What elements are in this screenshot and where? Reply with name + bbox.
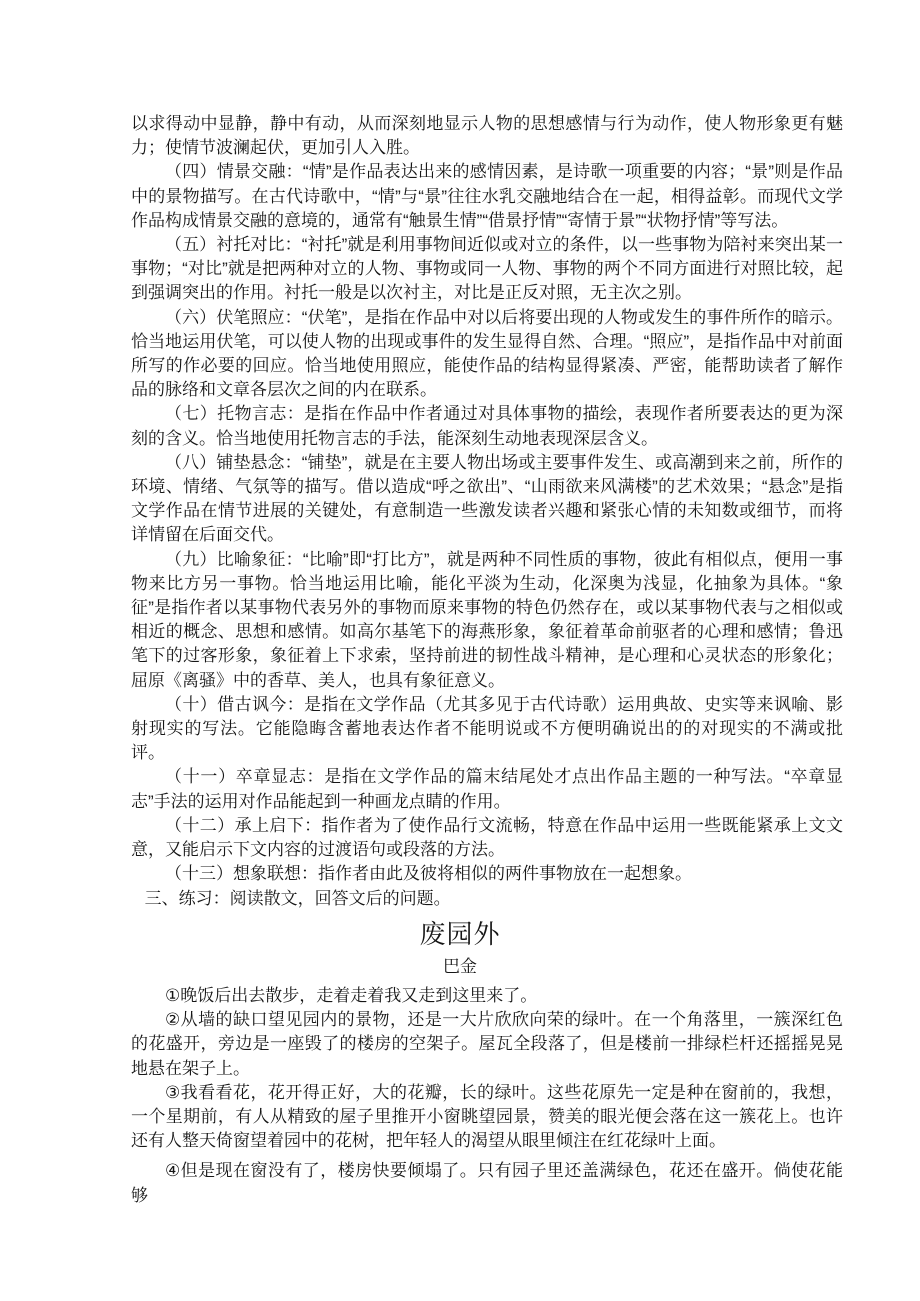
document-page: 以求得动中显静，静中有动，从而深刻地显示人物的思想感情与行为动作，使人物形象更有… xyxy=(0,0,920,1301)
technique-item-11-zuzhang-xianzhi: （十一）卒章显志：是指在文学作品的篇末结尾处才点出作品主题的一种写法。“卒章显志… xyxy=(131,765,843,813)
technique-item-7-tuowu-yanzhi: （七）托物言志：是指在作品中作者通过对具体事物的描绘，表现作者所要表达的更为深刻… xyxy=(131,402,843,450)
technique-item-4-qingjing-jiaorong: （四）情景交融：“情”是作品表达出来的感情因素，是诗歌一项重要的内容；“景”则是… xyxy=(131,160,843,233)
essay-paragraph-2: ②从墙的缺口望见园内的景物，还是一大片欣欣向荣的绿叶。在一个角落里，一簇深红色的… xyxy=(131,1008,843,1081)
technique-item-8-pudian-xuannian: （八）铺垫悬念：“铺垫”，就是在主要人物出场或主要事件发生、或高潮到来之前，所作… xyxy=(131,451,843,548)
technique-item-10-jiegu-fengjin: （十）借古讽今：是指在文学作品（尤其多见于古代诗歌）运用典故、史实等来讽喻、影射… xyxy=(131,693,843,766)
technique-item-6-fubi-zhaoying: （六）伏笔照应：“伏笔”，是指在作品中对以后将要出现的人物或发生的事件所作的暗示… xyxy=(131,306,843,403)
essay-author: 巴金 xyxy=(0,955,920,979)
paragraph-continuation: 以求得动中显静，静中有动，从而深刻地显示人物的思想感情与行为动作，使人物形象更有… xyxy=(131,112,843,160)
technique-item-9-biyu-xiangzheng: （九）比喻象征：“比喻”即“打比方”，就是两种不同性质的事物，彼此有相似点，便用… xyxy=(131,548,843,693)
document-content: 以求得动中显静，静中有动，从而深刻地显示人物的思想感情与行为动作，使人物形象更有… xyxy=(0,0,920,1208)
essay-title: 废园外 xyxy=(0,917,920,953)
technique-item-13-xiangxiang-lianxiang: （十三）想象联想：指作者由此及彼将相似的两件事物放在一起想象。 xyxy=(131,862,843,886)
technique-item-12-chengshang-qixia: （十二）承上启下：指作者为了使作品行文流畅，特意在作品中运用一些既能紧承上文文意… xyxy=(131,814,843,862)
essay-paragraph-4: ④但是现在窗没有了，楼房快要倾塌了。只有园子里还盖满绿色，花还在盛开。倘使花能够 xyxy=(131,1159,843,1207)
essay-paragraph-3: ③我看看花，花开得正好，大的花瓣，长的绿叶。这些花原先一定是种在窗前的，我想，一… xyxy=(131,1081,843,1154)
exercise-instruction: 三、练习：阅读散文，回答文后的问题。 xyxy=(131,887,843,911)
technique-item-5-chentuo-duibi: （五）衬托对比：“衬托”就是利用事物间近似或对立的条件，以一些事物为陪衬来突出某… xyxy=(131,233,843,306)
essay-paragraph-1: ①晚饭后出去散步，走着走着我又走到这里来了。 xyxy=(131,984,843,1008)
essay-header: 废园外 巴金 xyxy=(0,917,920,979)
